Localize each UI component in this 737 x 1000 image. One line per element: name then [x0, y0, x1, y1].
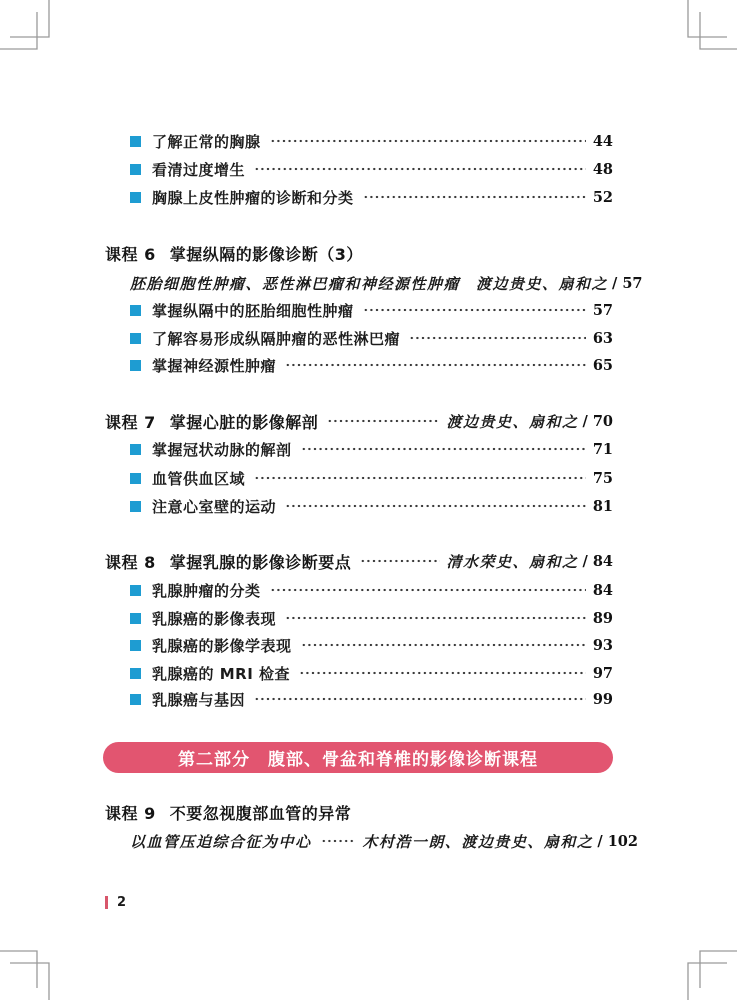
bullet-square-icon [130, 305, 141, 316]
dot-leader [409, 326, 586, 350]
toc-item-page: 71 [593, 441, 613, 458]
bullet-square-icon [130, 473, 141, 484]
toc-item-page: 81 [593, 498, 613, 515]
toc-item-row: 了解正常的胸腺 44 [105, 129, 613, 153]
course-title: 掌握纵隔的影像诊断（3） [170, 242, 363, 265]
dot-leader [254, 687, 586, 711]
toc-item-label: 了解容易形成纵隔肿瘤的恶性淋巴瘤 [152, 328, 400, 349]
book-toc-page: 了解正常的胸腺 44 看清过度增生 48 胸腺上皮性肿瘤的诊断和分类 52 课程… [0, 0, 737, 1000]
toc-item-row: 乳腺癌的 MRI 检查 97 [105, 661, 613, 685]
bullet-square-icon [130, 360, 141, 371]
toc-item-label: 乳腺癌的影像表现 [152, 608, 276, 629]
toc-item-row: 乳腺癌与基因 99 [105, 687, 613, 711]
bullet-square-icon [130, 164, 141, 175]
dot-leader [321, 829, 356, 853]
dot-leader [301, 437, 586, 461]
dot-leader [363, 185, 586, 209]
page-footer: 2 [105, 895, 126, 909]
dot-leader [363, 298, 586, 322]
course-authors: 渡边贵史、扇和之 [447, 411, 579, 432]
bullet-square-icon [130, 333, 141, 344]
toc-item-page: 93 [593, 637, 613, 654]
bullet-square-icon [130, 501, 141, 512]
page-separator: / [612, 275, 617, 292]
toc-item-label: 胸腺上皮性肿瘤的诊断和分类 [152, 187, 354, 208]
toc-item-page: 84 [593, 582, 613, 599]
toc-item-label: 看清过度增生 [152, 159, 245, 180]
bullet-square-icon [130, 613, 141, 624]
toc-item-label: 乳腺癌的 MRI 检查 [152, 663, 290, 684]
toc-item-row: 乳腺癌的影像学表现 93 [105, 633, 613, 657]
toc-item-page: 97 [593, 665, 613, 682]
toc-item-row: 乳腺癌的影像表现 89 [105, 606, 613, 630]
toc-item-page: 52 [593, 189, 613, 206]
toc-item-label: 掌握神经源性肿瘤 [152, 355, 276, 376]
bullet-square-icon [130, 585, 141, 596]
page-separator: / [583, 553, 588, 570]
toc-item-row: 血管供血区域 75 [105, 466, 613, 490]
bullet-square-icon [130, 668, 141, 679]
footer-page-number: 2 [117, 895, 126, 910]
toc-item-page: 65 [593, 357, 613, 374]
page-separator: / [597, 833, 602, 850]
dot-leader [254, 157, 586, 181]
toc-item-page: 89 [593, 610, 613, 627]
course-subtitle-row: 以血管压迫综合征为中心 木村浩一朗、渡边贵史、扇和之 / 102 [105, 829, 638, 853]
toc-item-row: 了解容易形成纵隔肿瘤的恶性淋巴瘤 63 [105, 326, 613, 350]
toc-item-page: 44 [593, 133, 613, 150]
toc-item-page: 57 [593, 302, 613, 319]
course-title: 掌握心脏的影像解剖 [170, 410, 319, 433]
dot-leader [270, 129, 586, 153]
toc-item-label: 乳腺癌与基因 [152, 689, 245, 710]
course-authors: 木村浩一朗、渡边贵史、扇和之 [362, 831, 593, 852]
toc-item-row: 掌握纵隔中的胚胎细胞性肿瘤 57 [105, 298, 613, 322]
page-separator: / [583, 413, 588, 430]
toc-item-label: 掌握冠状动脉的解剖 [152, 439, 292, 460]
course-heading: 课程 6 掌握纵隔的影像诊断（3） [105, 241, 613, 265]
part-banner: 第二部分 腹部、骨盆和脊椎的影像诊断课程 [103, 742, 613, 773]
dot-leader [270, 578, 586, 602]
toc-item-page: 48 [593, 161, 613, 178]
course-subtitle-row: 胚胎细胞性肿瘤、恶性淋巴瘤和神经源性肿瘤 渡边贵史、扇和之 / 57 [105, 271, 638, 295]
dot-leader [299, 661, 586, 685]
course-heading: 课程 9 不要忽视腹部血管的异常 [105, 800, 613, 824]
toc-item-row: 掌握神经源性肿瘤 65 [105, 353, 613, 377]
toc-item-row: 注意心室壁的运动 81 [105, 494, 613, 518]
course-number: 课程 8 [105, 550, 156, 573]
toc-item-row: 掌握冠状动脉的解剖 71 [105, 437, 613, 461]
dot-leader [254, 466, 586, 490]
dot-leader [360, 549, 439, 573]
course-number: 课程 7 [105, 410, 156, 433]
toc-item-page: 63 [593, 330, 613, 347]
part-banner-label: 第二部分 腹部、骨盆和脊椎的影像诊断课程 [178, 745, 538, 770]
bullet-square-icon [130, 640, 141, 651]
course-page: 102 [608, 833, 638, 850]
bullet-square-icon [130, 136, 141, 147]
dot-leader [285, 606, 586, 630]
toc-item-row: 乳腺肿瘤的分类 84 [105, 578, 613, 602]
course-authors: 清水荣史、扇和之 [447, 551, 579, 572]
course-heading: 课程 8 掌握乳腺的影像诊断要点 清水荣史、扇和之 / 84 [105, 549, 613, 573]
dot-leader [301, 633, 586, 657]
bullet-square-icon [130, 444, 141, 455]
toc-item-page: 75 [593, 470, 613, 487]
course-authors: 渡边贵史、扇和之 [476, 273, 608, 294]
course-number: 课程 6 [105, 242, 156, 265]
course-title: 不要忽视腹部血管的异常 [170, 801, 352, 824]
course-number: 课程 9 [105, 801, 156, 824]
toc-item-label: 注意心室壁的运动 [152, 496, 276, 517]
toc-item-page: 99 [593, 691, 613, 708]
dot-leader [327, 409, 439, 433]
toc-item-label: 了解正常的胸腺 [152, 131, 261, 152]
toc-item-label: 掌握纵隔中的胚胎细胞性肿瘤 [152, 300, 354, 321]
course-page: 70 [593, 413, 613, 430]
course-subtitle: 胚胎细胞性肿瘤、恶性淋巴瘤和神经源性肿瘤 [130, 273, 460, 294]
course-title: 掌握乳腺的影像诊断要点 [170, 550, 352, 573]
toc-item-label: 乳腺肿瘤的分类 [152, 580, 261, 601]
footer-accent-bar [105, 896, 108, 909]
toc-item-row: 看清过度增生 48 [105, 157, 613, 181]
dot-leader [285, 494, 586, 518]
course-page: 57 [622, 275, 642, 292]
bullet-square-icon [130, 192, 141, 203]
bullet-square-icon [130, 694, 141, 705]
course-subtitle: 以血管压迫综合征为中心 [130, 831, 312, 852]
course-heading: 课程 7 掌握心脏的影像解剖 渡边贵史、扇和之 / 70 [105, 409, 613, 433]
toc-item-row: 胸腺上皮性肿瘤的诊断和分类 52 [105, 185, 613, 209]
dot-leader [285, 353, 586, 377]
course-page: 84 [593, 553, 613, 570]
toc-item-label: 血管供血区域 [152, 468, 245, 489]
toc-item-label: 乳腺癌的影像学表现 [152, 635, 292, 656]
